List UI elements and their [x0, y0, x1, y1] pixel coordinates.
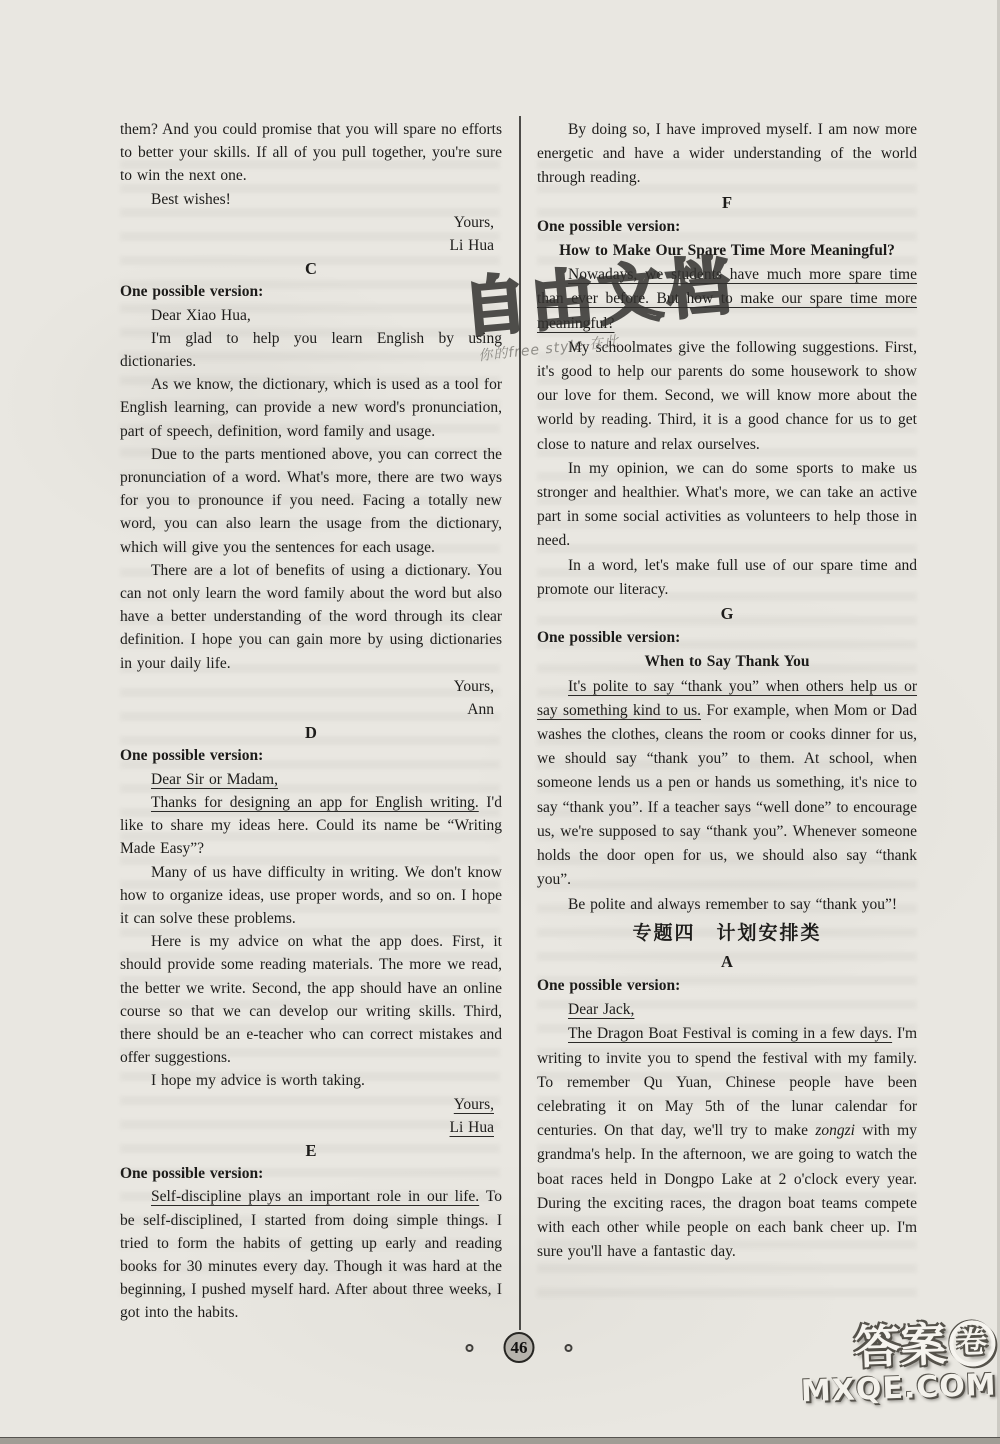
section-letter: F: [537, 191, 917, 215]
signature-yours: Yours,: [120, 211, 494, 234]
paragraph-text: with my grandma's help. In the afternoon…: [537, 1122, 917, 1260]
signature: Yours, Li Hua: [120, 211, 502, 257]
paragraph-text: For example, when Mom or Dad washes the …: [537, 702, 917, 888]
paragraph: Self-discipline plays an important role …: [120, 1185, 502, 1324]
salutation: Dear Jack,: [537, 998, 917, 1022]
signature-yours: Yours,: [120, 675, 494, 698]
section-letter: D: [120, 721, 502, 744]
one-possible-version-label: One possible version:: [120, 1162, 502, 1185]
underlined-text: Thanks for designing an app for English …: [151, 794, 479, 811]
signature-name: Li Hua: [120, 234, 494, 257]
section-letter: E: [120, 1139, 502, 1162]
footer-dot-icon: [565, 1344, 573, 1352]
one-possible-version-label: One possible version:: [537, 215, 917, 239]
scanned-answer-page: them? And you could promise that you wil…: [0, 0, 1000, 1444]
page-number-badge: 46: [504, 1332, 535, 1363]
paragraph: As we know, the dictionary, which is use…: [120, 373, 502, 443]
paragraph: It's polite to say “thank you” when othe…: [537, 675, 917, 893]
paragraph: Due to the parts mentioned above, you ca…: [120, 443, 502, 559]
footer-dot-icon: [466, 1344, 474, 1352]
salutation: Dear Sir or Madam,: [120, 768, 502, 791]
underlined-text: Nowadays, we students have much more spa…: [537, 266, 917, 331]
underlined-text: Self-discipline plays an important role …: [151, 1188, 479, 1205]
paragraph: Nowadays, we students have much more spa…: [537, 263, 917, 336]
brand-circle-logo: 卷: [949, 1320, 997, 1368]
one-possible-version-label: One possible version:: [537, 974, 917, 998]
underlined-text: The Dragon Boat Festival is coming in a …: [568, 1025, 892, 1042]
one-possible-version-label: One possible version:: [537, 626, 917, 650]
continuation-paragraph: By doing so, I have improved myself. I a…: [537, 118, 917, 191]
topic-header: 专题四 计划安排类: [537, 917, 917, 950]
paragraph: In my opinion, we can do some sports to …: [537, 457, 917, 554]
scan-edge-bottom: [0, 1437, 1000, 1444]
section-a: A One possible version: Dear Jack, The D…: [537, 950, 917, 1265]
site-brand-watermark: 答案 卷 MXQE.COM: [799, 1320, 997, 1408]
section-g: G One possible version: When to Say Than…: [537, 602, 917, 917]
section-d: D One possible version: Dear Sir or Mada…: [120, 721, 502, 1139]
essay-title: How to Make Our Spare Time More Meaningf…: [537, 239, 917, 263]
paragraph-text: To be self-disciplined, I started from d…: [120, 1188, 502, 1321]
essay-title: When to Say Thank You: [537, 650, 917, 674]
signature-yours: Yours,: [120, 1093, 494, 1116]
one-possible-version-label: One possible version:: [120, 744, 502, 767]
paragraph: In a word, let's make full use of our sp…: [537, 554, 917, 602]
signature-name: Ann: [120, 698, 494, 721]
left-column: them? And you could promise that you wil…: [120, 118, 502, 1325]
underlined-text: Dear Jack,: [568, 1001, 634, 1018]
section-letter: C: [120, 257, 502, 280]
continuation-paragraph: them? And you could promise that you wil…: [120, 118, 502, 188]
signature: Yours, Li Hua: [120, 1093, 502, 1139]
brand-name-text: 答案: [854, 1321, 948, 1370]
section-c: C One possible version: Dear Xiao Hua, I…: [120, 257, 502, 721]
section-f: F One possible version: How to Make Our …: [537, 191, 917, 602]
closing-line: Best wishes!: [120, 188, 502, 211]
paragraph: The Dragon Boat Festival is coming in a …: [537, 1022, 917, 1264]
italic-word: zongzi: [815, 1122, 855, 1139]
paragraph: I hope my advice is worth taking.: [120, 1069, 502, 1092]
right-column: By doing so, I have improved myself. I a…: [537, 118, 917, 1264]
paragraph: I'm glad to help you learn English by us…: [120, 327, 502, 373]
signature: Yours, Ann: [120, 675, 502, 721]
paragraph: Be polite and always remember to say “th…: [537, 893, 917, 917]
signature-name: Li Hua: [120, 1116, 494, 1139]
column-divider-line: [519, 116, 521, 1330]
paragraph: Many of us have difficulty in writing. W…: [120, 861, 502, 931]
section-e: E One possible version: Self-discipline …: [120, 1139, 502, 1325]
paragraph: There are a lot of benefits of using a d…: [120, 559, 502, 675]
paragraph: My schoolmates give the following sugges…: [537, 336, 917, 457]
brand-name: 答案 卷: [799, 1320, 996, 1373]
one-possible-version-label: One possible version:: [120, 280, 502, 303]
section-letter: A: [537, 950, 917, 974]
page-footer: 46: [466, 1332, 573, 1363]
paragraph: Here is my advice on what the app does. …: [120, 930, 502, 1069]
section-letter: G: [537, 602, 917, 626]
salutation: Dear Xiao Hua,: [120, 304, 502, 327]
underlined-text: Dear Sir or Madam,: [151, 771, 278, 788]
brand-site-url: MXQE.COM: [801, 1371, 998, 1408]
paragraph: Thanks for designing an app for English …: [120, 791, 502, 861]
